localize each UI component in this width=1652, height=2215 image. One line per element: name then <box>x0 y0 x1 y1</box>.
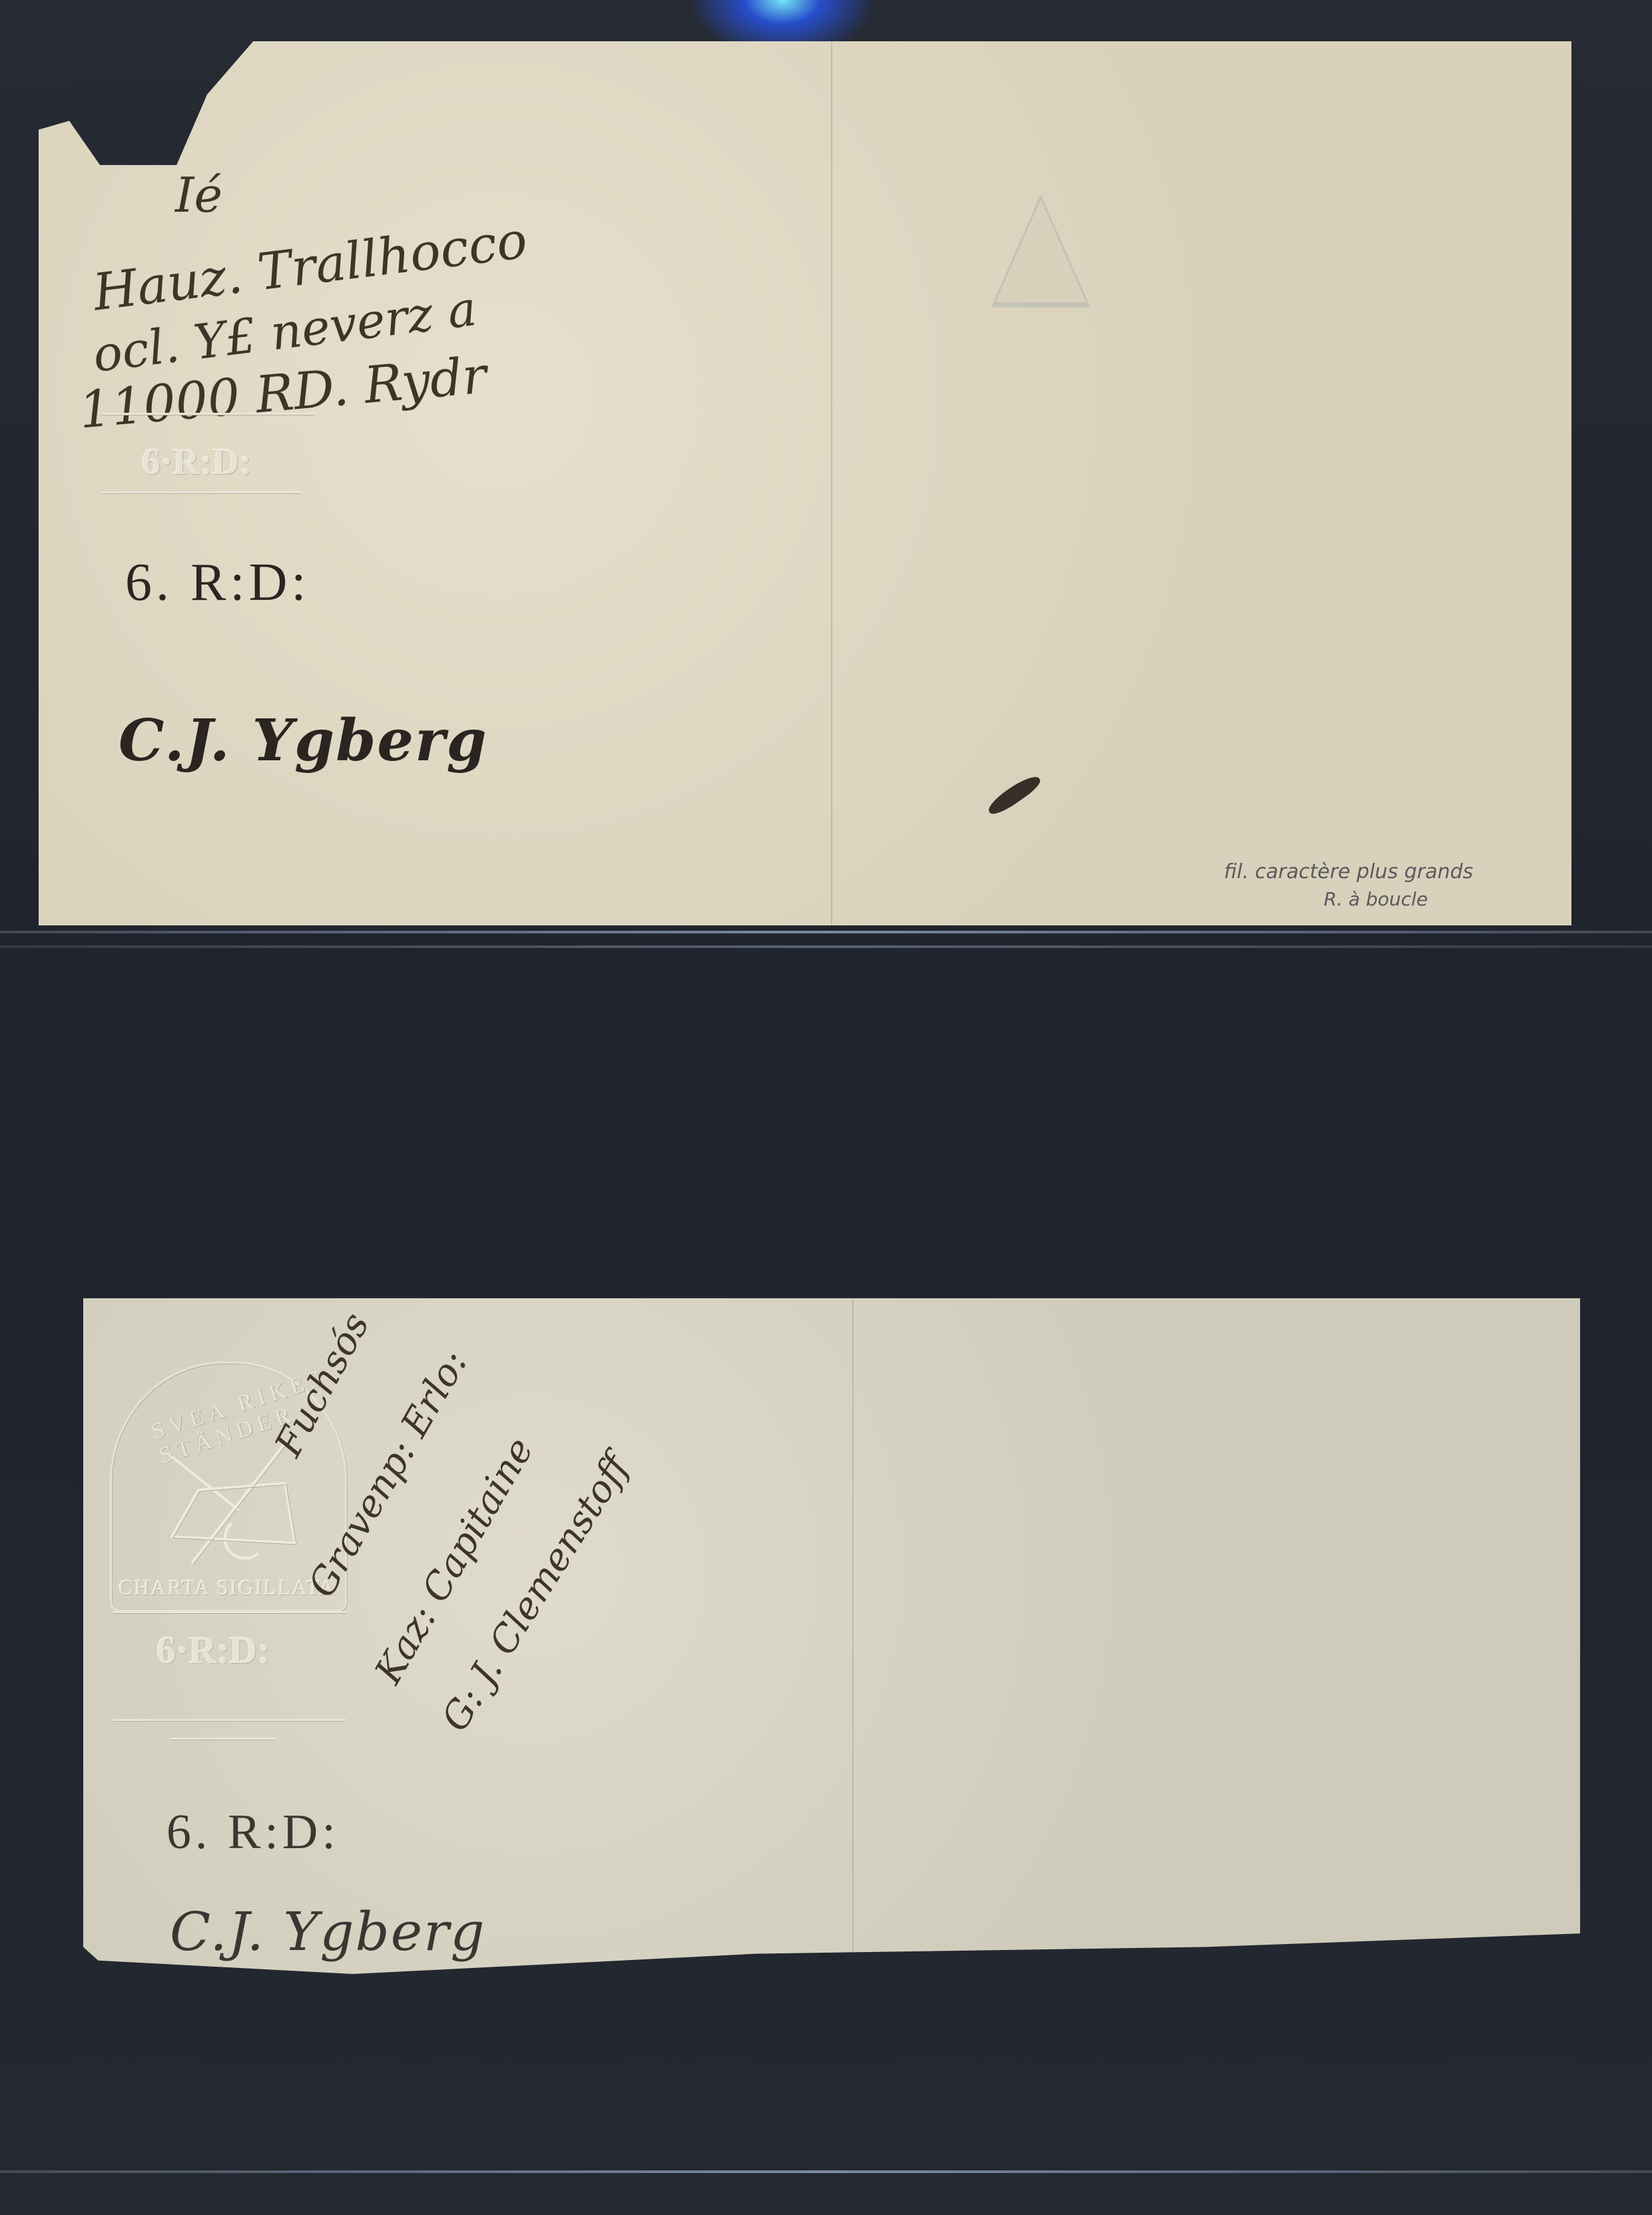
upper-document: Ié Hauz. Trallhocco ocl. Y£ neverz a 110… <box>39 41 1571 925</box>
embossed-value: 6·R:D: <box>142 441 252 483</box>
pencil-note-line: fil. caractère plus grands <box>1224 860 1473 883</box>
paper-fold-line <box>852 1298 854 1974</box>
printed-signature: C.J. Ygberg <box>119 707 488 774</box>
paper-fold-line <box>831 41 832 925</box>
lower-document: SVEA RIKES STÄNDER CHARTA SIGILLATA 6·R:… <box>83 1298 1580 1974</box>
ink-blot <box>985 771 1043 818</box>
seal-emblem-icon <box>152 1437 312 1570</box>
embossed-rule <box>113 1611 346 1613</box>
sleeve-edge <box>0 931 1652 933</box>
inscription-line: Ié <box>175 171 222 219</box>
inscription-line: G: J. Clemenstoff <box>436 1449 636 1737</box>
sleeve-edge <box>0 2170 1652 2173</box>
embossed-rule <box>113 1719 346 1721</box>
printed-signature: C.J. Ygberg <box>170 1901 486 1963</box>
faint-triangle-mark <box>991 194 1091 308</box>
embossed-rule <box>102 491 302 493</box>
embossed-rule <box>102 413 315 415</box>
printed-value: 6. R:D: <box>125 553 310 613</box>
printed-value: 6. R:D: <box>166 1804 340 1861</box>
pencil-note-line: R. à boucle <box>1324 888 1428 910</box>
sleeve-edge <box>0 945 1652 948</box>
embossed-rule <box>170 1738 276 1740</box>
embossed-value: 6·R:D: <box>156 1628 270 1672</box>
